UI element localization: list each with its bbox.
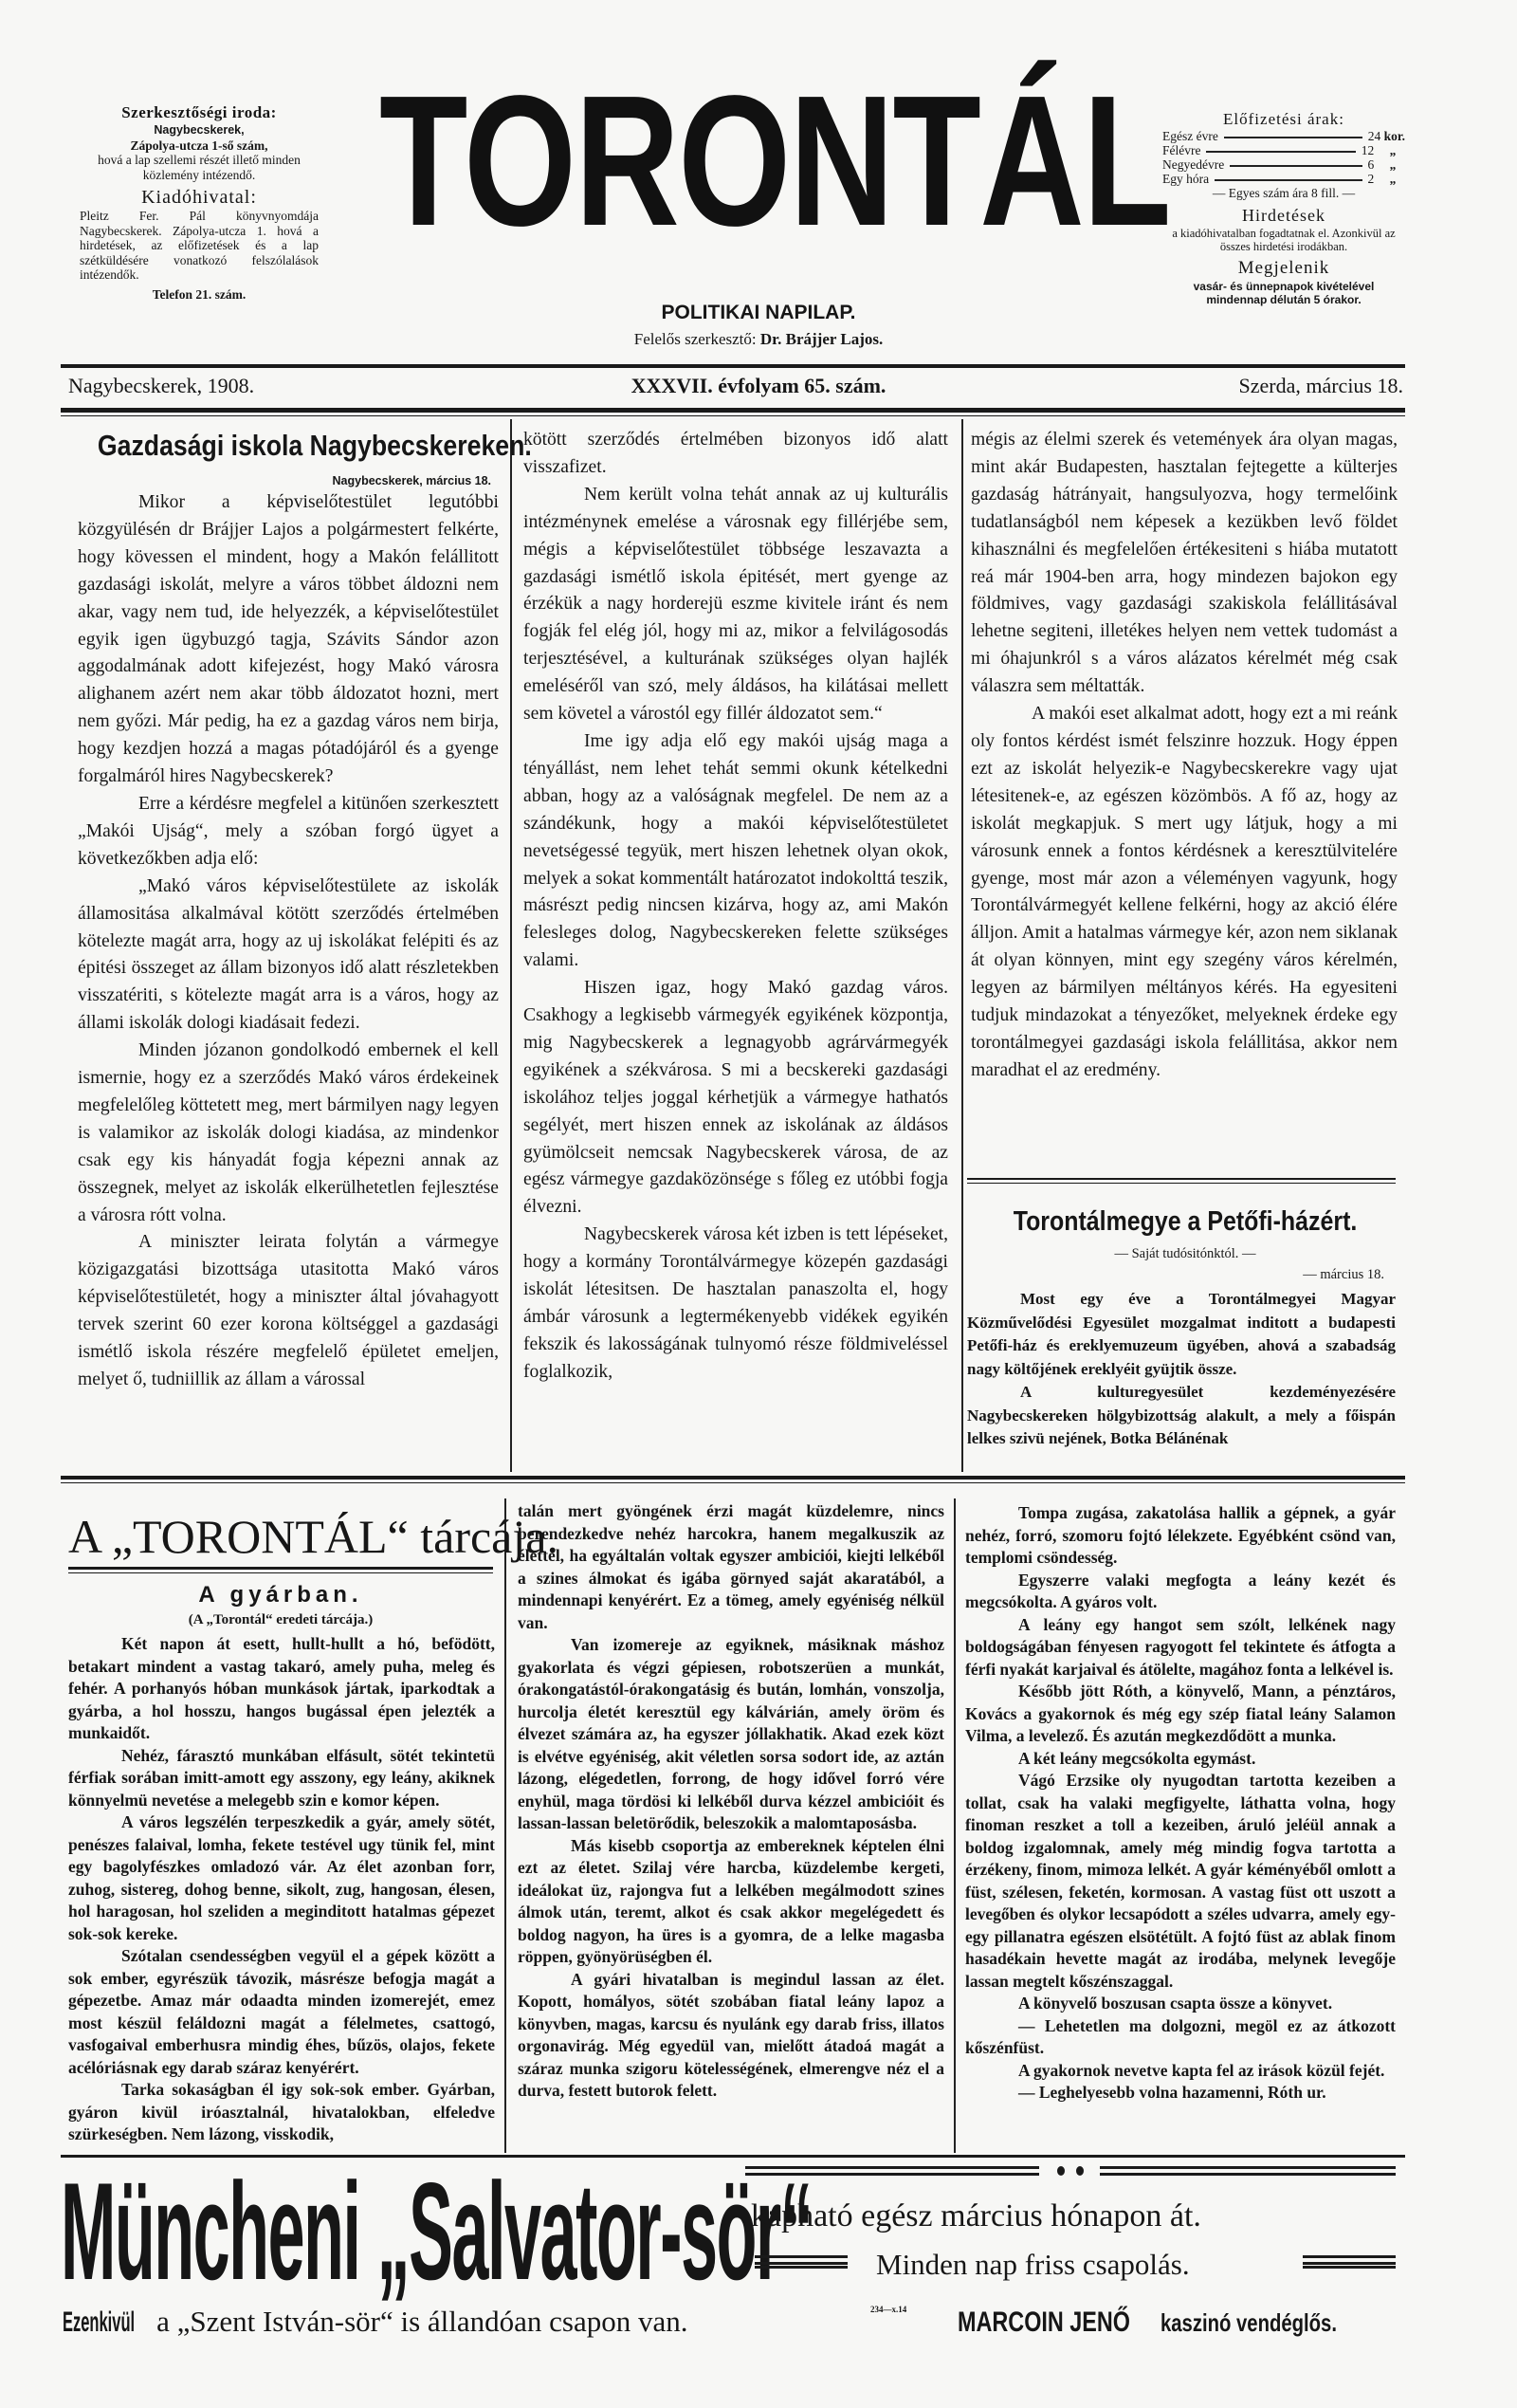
feuilleton-title: A gyárban. (68, 1582, 493, 1608)
column-divider (961, 419, 963, 1472)
advertiser-name: MARCOIN JENŐ (958, 2307, 1130, 2339)
paragraph: A miniszter leirata folytán a vármegye k… (78, 1229, 499, 1393)
appears-note: vasár- és ünnepnapok kivételével mindenn… (1162, 280, 1405, 306)
ad-ornament-dot (1076, 2166, 1084, 2176)
masthead-logo-wrap: TORONTÁL (379, 76, 1138, 266)
single-issue-price: — Egyes szám ára 8 fill. — (1162, 186, 1405, 201)
price-list: Egész évre24 kor. Félévre12 „ Negyedévre… (1162, 129, 1405, 186)
publisher-note: Pleitz Fer. Pál könyvnyomdája Nagybecske… (80, 209, 319, 283)
paragraph: Nehéz, fárasztó munkában elfásult, sötét… (68, 1745, 495, 1812)
paragraph: Erre a kérdésre megfelel a kitünően szer… (78, 791, 499, 873)
dateline-place: Nagybecskerek, 1908. (68, 374, 254, 398)
paragraph: Tarka sokaságban él igy sok-sok ember. G… (68, 2079, 495, 2146)
paragraph: Más kisebb csoportja az embereknek képte… (518, 1835, 944, 1969)
feuilleton-title-rule-thin (68, 1572, 493, 1573)
article2-body: Most egy éve a Torontálmegyei Magyar Köz… (967, 1288, 1396, 1451)
paragraph: — Leghelyesebb volna hazamenni, Róth ur. (965, 2082, 1396, 2105)
ad-headline: Müncheni „Salvator-sör“ (61, 2162, 389, 2301)
paragraph: A gyakornok nevetve kapta fel az irások … (965, 2060, 1396, 2083)
paragraph: Két napon át esett, hullt-hullt a hó, be… (68, 1633, 495, 1745)
office-city: Nagybecskerek, (80, 123, 319, 138)
paragraph: Egyszerre valaki megfogta a leány kezét … (965, 1570, 1396, 1614)
article-column-2: kötött szerződés értelmében bizonyos idő… (523, 427, 948, 1387)
paragraph: Nagybecskerek városa két izben is tett l… (523, 1222, 948, 1386)
price-row: Egész évre24 kor. (1162, 129, 1405, 143)
paragraph: A gyári hivatalban is megindul lassan az… (518, 1969, 944, 2103)
paragraph: Most egy éve a Torontálmegyei Magyar Köz… (967, 1288, 1396, 1381)
office-heading: Szerkesztőségi iroda: (80, 102, 319, 123)
paragraph: A leány egy hangot sem szólt, lelkének n… (965, 1614, 1396, 1682)
article-column-3: mégis az élelmi szerek és vetemények ára… (971, 427, 1398, 1085)
masthead-right-info: Előfizetési árak: Egész évre24 kor. Félé… (1162, 110, 1405, 306)
ad-advertiser: MARCOIN JENŐ kaszinó vendéglős. (958, 2307, 1387, 2339)
article2-headline: Torontálmegye a Petőfi-házért. (997, 1204, 1373, 1239)
article-end-rule (967, 1178, 1396, 1180)
article2-date: — március 18. (1223, 1267, 1384, 1283)
masthead-left-info: Szerkesztőségi iroda: Nagybecskerek, Záp… (80, 102, 319, 302)
ad-ornament-rule (1303, 2255, 1396, 2269)
feuilleton-subtitle: (A „Torontál“ eredeti tárcája.) (68, 1612, 493, 1628)
ad-headline-wrap: Müncheni „Salvator-sör“ (61, 2162, 743, 2305)
prices-heading: Előfizetési árak: (1162, 110, 1405, 129)
article-headline: Gazdasági iskola Nagybecskereken. (98, 429, 481, 463)
publisher-heading: Kiadóhivatal: (80, 186, 319, 209)
ad-bottom-line: Ezenkivül a „Szent István-sör“ is álland… (63, 2305, 688, 2339)
paragraph: A város legszélén terpeszkedik a gyár, a… (68, 1811, 495, 1945)
article-byline: Nagybecskerek, március 18. (284, 474, 491, 487)
feuilleton-title-rule (68, 1567, 493, 1570)
column-divider (510, 419, 512, 1472)
paragraph: A makói eset alkalmat adott, hogy ezt a … (971, 701, 1398, 1085)
ad-prefix: Ezenkivül (63, 2307, 120, 2339)
paragraph: A kulturegyesület kezdeményezésére Nagyb… (967, 1381, 1396, 1451)
article-end-rule-thin (967, 1183, 1396, 1184)
paragraph: mégis az élelmi szerek és vetemények ára… (971, 427, 1398, 701)
dateline-rule-thin (61, 415, 1405, 416)
price-row: Negyedévre6 „ (1162, 157, 1405, 172)
price-row: Félévre12 „ (1162, 143, 1405, 157)
article2-headline-wrap: Torontálmegye a Petőfi-házért. (967, 1204, 1403, 1239)
masthead-rule (61, 364, 1405, 368)
feuilleton-column-2: talán mert gyöngének érzi magát küzdelem… (518, 1500, 944, 2103)
column-divider (504, 1498, 506, 2153)
price-row: Egy hóra2 „ (1162, 172, 1405, 186)
advertiser-role: kaszinó vendéglős. (1161, 2308, 1337, 2338)
article2-byline: — Saját tudósitónktól. — (967, 1246, 1403, 1262)
paragraph: A könyvelő boszusan csapta össze a könyv… (965, 1993, 1396, 2015)
paragraph: Szótalan csendességben vegyül el a gépek… (68, 1945, 495, 2079)
editor-label: Felelős szerkesztő: (634, 330, 757, 348)
paragraph: Ime igy adja elő egy makói ujság maga a … (523, 728, 948, 975)
paragraph: Minden józanon gondolkodó embernek el ke… (78, 1038, 499, 1229)
paragraph: kötött szerződés értelmében bizonyos idő… (523, 427, 948, 482)
appears-heading: Megjelenik (1162, 257, 1405, 280)
newspaper-subtitle: POLITIKAI NAPILAP. (531, 302, 986, 324)
ad-availability: kapható egész március hónapon át. (751, 2198, 1201, 2234)
dateline-rule (61, 408, 1405, 413)
paragraph: „Makó város képviselőtestülete az iskolá… (78, 873, 499, 1038)
ad-ornament-rule (1100, 2166, 1396, 2175)
dateline-date: Szerda, március 18. (1166, 374, 1403, 398)
paragraph: talán mert gyöngének érzi magát küzdelem… (518, 1500, 944, 1634)
section-rule (61, 1476, 1405, 1480)
ad-ornament-dot (1057, 2166, 1065, 2176)
paragraph: Később jött Róth, a könyvelő, Mann, a pé… (965, 1681, 1396, 1748)
editor-line: Felelős szerkesztő: Dr. Brájjer Lajos. (493, 330, 1024, 349)
dateline-volume: XXXVII. évfolyam 65. szám. (531, 374, 986, 398)
ad-fresh-tap: Minden nap friss csapolás. (876, 2248, 1190, 2282)
ads-heading: Hirdetések (1162, 204, 1405, 227)
paragraph: Van izomereje az egyiknek, másiknak másh… (518, 1634, 944, 1835)
paragraph: Mikor a képviselőtestület legutóbbi közg… (78, 489, 499, 791)
office-note: hová a lap szellemi részét illető minden… (80, 153, 319, 182)
article-headline-wrap: Gazdasági iskola Nagybecskereken. (66, 429, 512, 463)
paragraph: Vágó Erzsike oly nyugodtan tartotta keze… (965, 1770, 1396, 1993)
ad-code: 234—x.14 (870, 2305, 906, 2314)
ad-ornament-rule (745, 2166, 1039, 2175)
feuilleton-column-3: Tompa zugása, zakatolása hallik a gépnek… (965, 1502, 1396, 2105)
paragraph: Tompa zugása, zakatolása hallik a gépnek… (965, 1502, 1396, 1570)
paragraph: A két leány megcsókolta egymást. (965, 1748, 1396, 1771)
newspaper-title: TORONTÁL (379, 76, 971, 247)
office-street: Zápolya-utcza 1-ső szám, (80, 138, 319, 154)
paragraph: Hiszen igaz, hogy Makó gazdag város. Csa… (523, 975, 948, 1222)
ad-ornament-rule (755, 2255, 848, 2269)
feuilleton-section-title: A „TORONTÁL“ tárcája. (68, 1510, 558, 1563)
editor-name: Dr. Brájjer Lajos. (760, 330, 883, 348)
phone-number: Telefon 21. szám. (80, 287, 319, 303)
paragraph: — Lehetetlen ma dolgozni, megöl ez az át… (965, 2015, 1396, 2060)
column-divider (954, 1498, 956, 2153)
ads-note: a kiadóhivatalban fogadtatnak el. Azonki… (1162, 227, 1405, 253)
feuilleton-column-1: Két napon át esett, hullt-hullt a hó, be… (68, 1633, 495, 2146)
paragraph: Nem került volna tehát annak az uj kultu… (523, 482, 948, 728)
section-rule-thin (61, 1482, 1405, 1483)
article-column-1: Mikor a képviselőtestület legutóbbi közg… (78, 489, 499, 1394)
ad-szent-istvan: a „Szent István-sör“ is állandóan csapon… (156, 2305, 687, 2338)
